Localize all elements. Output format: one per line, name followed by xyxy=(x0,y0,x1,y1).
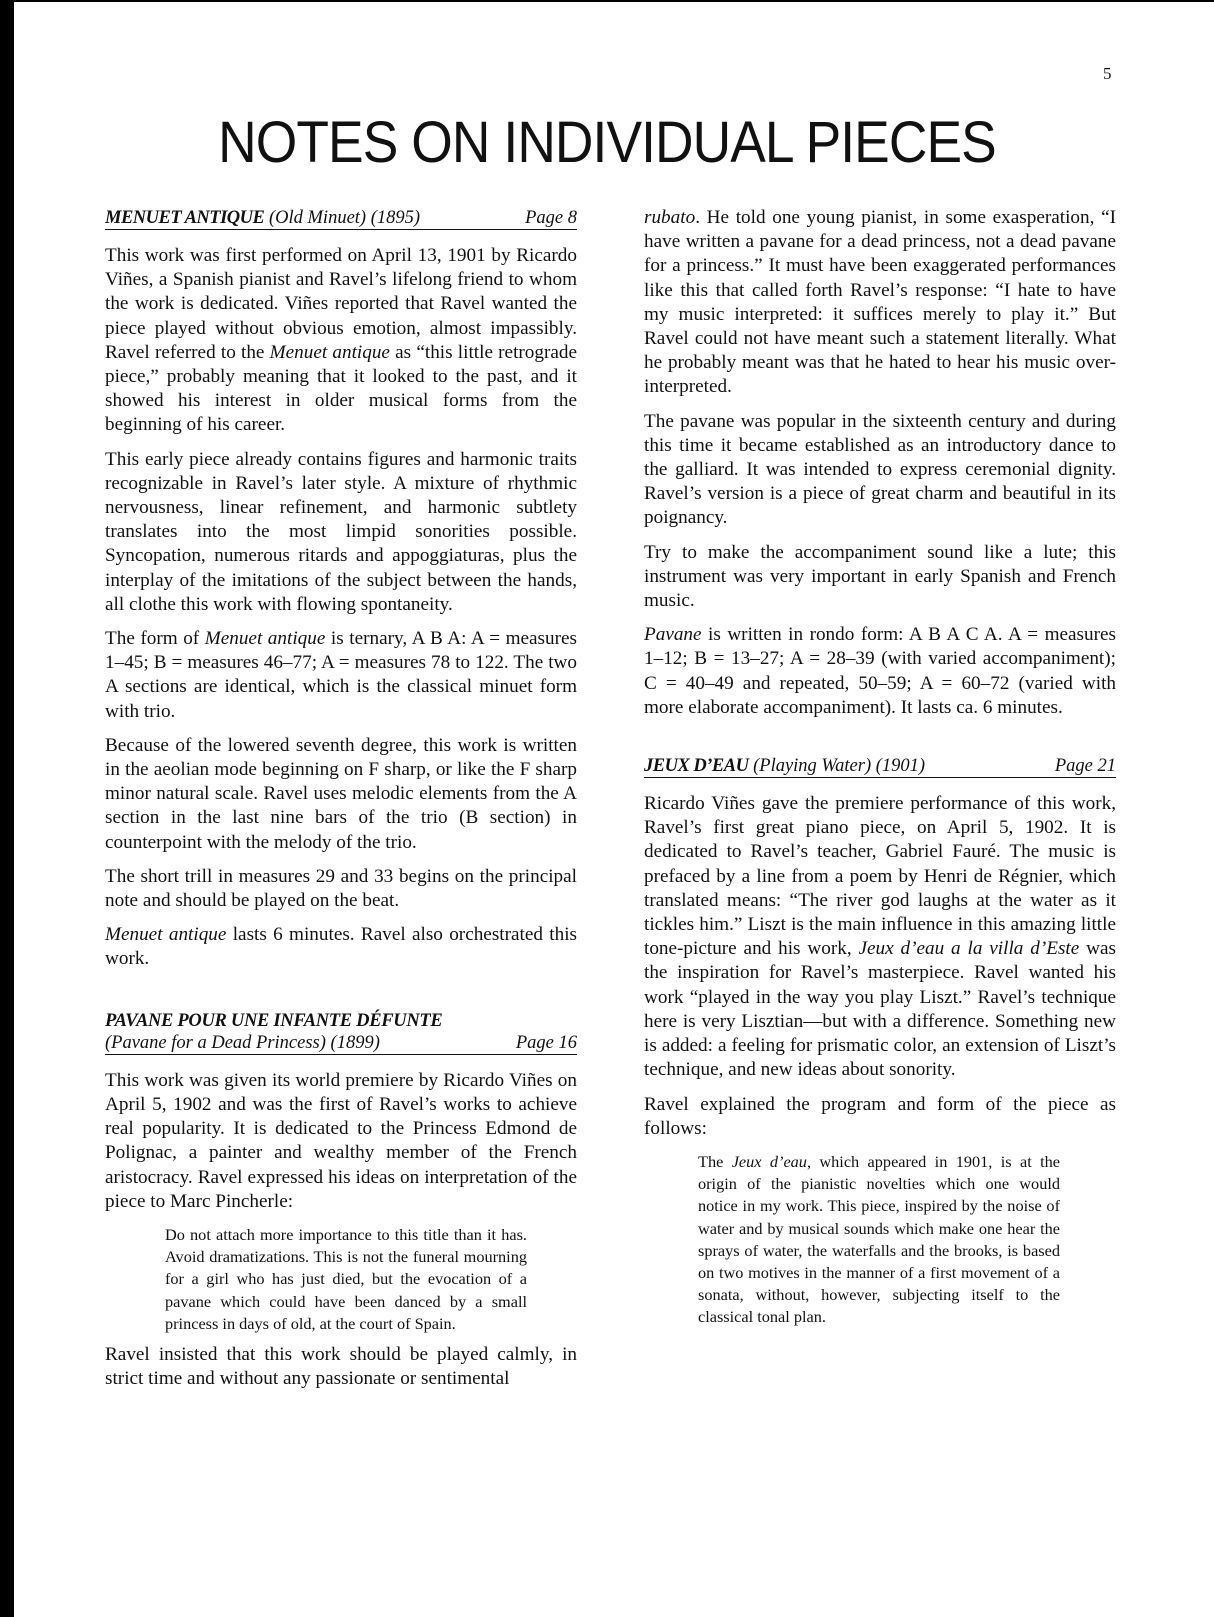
paragraph-continued: rubato. He told one young pianist, in so… xyxy=(644,206,1116,400)
paragraph: Because of the lowered seventh degree, t… xyxy=(105,734,577,855)
paragraph: This early piece already contains figure… xyxy=(105,448,577,617)
section-heading-jeux: JEUX D’EAU (Playing Water) (1901) Page 2… xyxy=(644,755,1116,778)
paragraph: Try to make the accompaniment sound like… xyxy=(644,541,1116,614)
paragraph: The short trill in measures 29 and 33 be… xyxy=(105,865,577,913)
page-number: 5 xyxy=(1103,64,1112,84)
paragraph: Ravel insisted that this work should be … xyxy=(105,1343,577,1391)
page-reference: Page 16 xyxy=(516,1032,577,1054)
page-title: NOTES ON INDIVIDUAL PIECES xyxy=(49,108,1166,178)
page-reference: Page 8 xyxy=(525,207,577,229)
section-title-translation: (Pavane for a Dead Princess) (1899) xyxy=(105,1032,380,1054)
paragraph: Ravel explained the program and form of … xyxy=(644,1093,1116,1141)
section-heading-menuet: MENUET ANTIQUE (Old Minuet) (1895) Page … xyxy=(105,207,577,230)
scan-top-border xyxy=(0,0,1214,2)
paragraph: Menuet antique lasts 6 minutes. Ravel al… xyxy=(105,923,577,971)
paragraph: The pavane was popular in the sixteenth … xyxy=(644,410,1116,531)
page-reference: Page 21 xyxy=(1055,755,1116,777)
block-quote: Do not attach more importance to this ti… xyxy=(165,1224,527,1335)
paragraph: This work was first performed on April 1… xyxy=(105,244,577,438)
section-heading-pavane: PAVANE POUR UNE INFANTE DÉFUNTE (Pavane … xyxy=(105,1010,577,1055)
right-column: rubato. He told one young pianist, in so… xyxy=(644,206,1116,1335)
paragraph: Pavane is written in rondo form: A B A C… xyxy=(644,623,1116,720)
section-title: MENUET ANTIQUE (Old Minuet) (1895) xyxy=(105,207,420,229)
section-title: JEUX D’EAU (Playing Water) (1901) xyxy=(644,755,925,777)
scan-left-border xyxy=(0,0,14,1617)
left-column: MENUET ANTIQUE (Old Minuet) (1895) Page … xyxy=(105,207,577,1401)
paragraph: The form of Menuet antique is ternary, A… xyxy=(105,627,577,724)
paragraph: Ricardo Viñes gave the premiere performa… xyxy=(644,792,1116,1082)
block-quote: The Jeux d’eau, which appeared in 1901, … xyxy=(698,1151,1060,1329)
section-title-original: PAVANE POUR UNE INFANTE DÉFUNTE xyxy=(105,1010,577,1032)
paragraph: This work was given its world premiere b… xyxy=(105,1069,577,1214)
